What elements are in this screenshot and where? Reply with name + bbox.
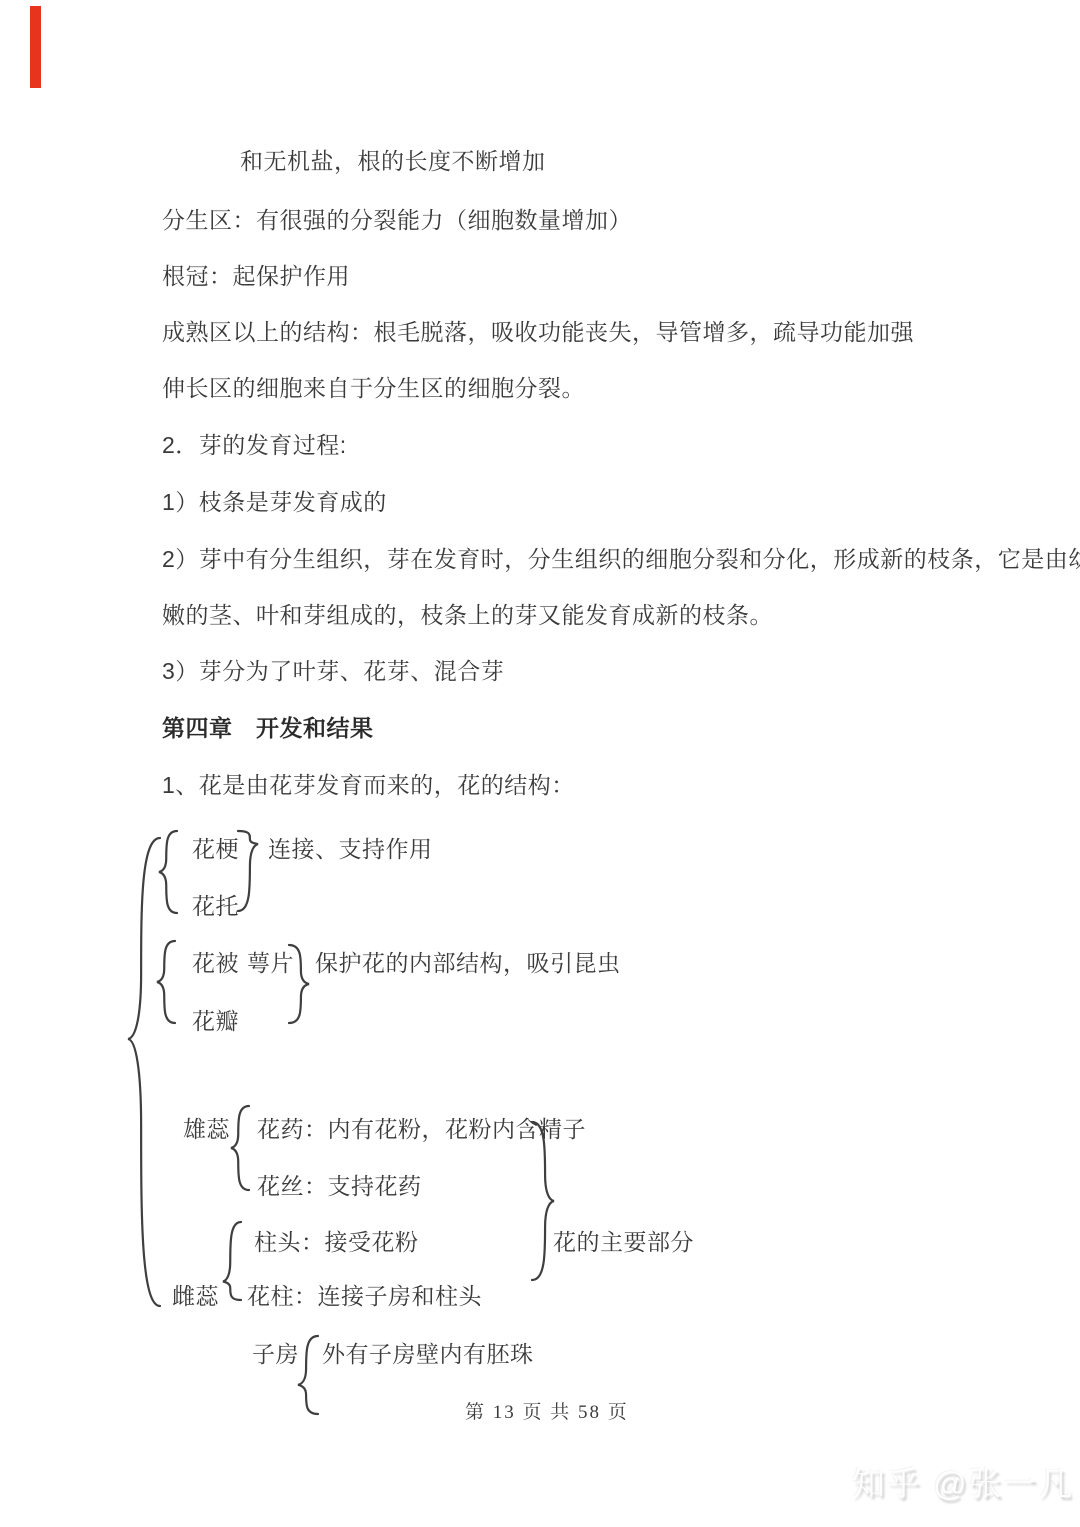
text-line: 1）枝条是芽发育成的 [162, 488, 387, 517]
filament-label: 花丝：支持花药 [257, 1168, 422, 1201]
ovary-description-label: 外有子房壁内有胚珠 [322, 1336, 534, 1369]
receptacle-label: 花托 [192, 888, 239, 921]
zhihu-watermark: 知乎 @张一凡 [852, 1458, 1074, 1505]
text-line: 3）芽分为了叶芽、花芽、混合芽 [162, 657, 504, 686]
pedicel-group-left-brace [157, 829, 179, 915]
petal-label: 花瓣 [192, 1003, 239, 1036]
text-line: 分生区：有很强的分裂能力（细胞数量增加） [162, 206, 632, 235]
text-line: 和无机盐，根的长度不断增加 [240, 147, 546, 176]
perianth-group-right-brace [287, 943, 311, 1025]
pedicel-label: 花梗 [192, 831, 239, 864]
ovary-brace [296, 1334, 320, 1416]
chapter-heading: 第四章 开发和结果 [162, 714, 374, 743]
pedicel-group-right-brace [236, 829, 260, 913]
text-line: 根冠：起保护作用 [162, 262, 350, 291]
pistil-group-brace [221, 1220, 243, 1302]
text-line: 伸长区的细胞来自于分生区的细胞分裂。 [162, 374, 585, 403]
main-part-label: 花的主要部分 [553, 1224, 694, 1257]
text-line: 1、花是由花芽发育而来的，花的结构： [162, 771, 575, 800]
text-line: 嫩的茎、叶和芽组成的，枝条上的芽又能发育成新的枝条。 [162, 601, 773, 630]
stamen-label: 雄蕊 [183, 1111, 230, 1144]
document-page: 和无机盐，根的长度不断增加 分生区：有很强的分裂能力（细胞数量增加） 根冠：起保… [0, 0, 1080, 1527]
stamen-group-brace [229, 1104, 251, 1192]
pistil-label: 雌蕊 [172, 1278, 219, 1311]
page-number-footer: 第 13 页 共 58 页 [465, 1397, 629, 1424]
main-part-brace [530, 1120, 556, 1282]
red-cursor-mark [30, 6, 41, 88]
text-line: 2．芽的发育过程: [162, 431, 347, 460]
pedicel-function-label: 连接、支持作用 [268, 831, 433, 864]
perianth-label: 花被 [192, 945, 239, 978]
perianth-group-left-brace [155, 939, 177, 1025]
style-label: 花柱：连接子房和柱头 [247, 1278, 482, 1311]
ovary-label: 子房 [252, 1336, 299, 1369]
text-line: 成熟区以上的结构：根毛脱落，吸收功能丧失，导管增多，疏导功能加强 [162, 318, 914, 347]
perianth-function-label: 保护花的内部结构，吸引昆虫 [315, 945, 621, 978]
text-line: 2）芽中有分生组织，芽在发育时，分生组织的细胞分裂和分化，形成新的枝条，它是由幼 [162, 545, 1080, 574]
stigma-label: 柱头：接受花粉 [254, 1224, 419, 1257]
